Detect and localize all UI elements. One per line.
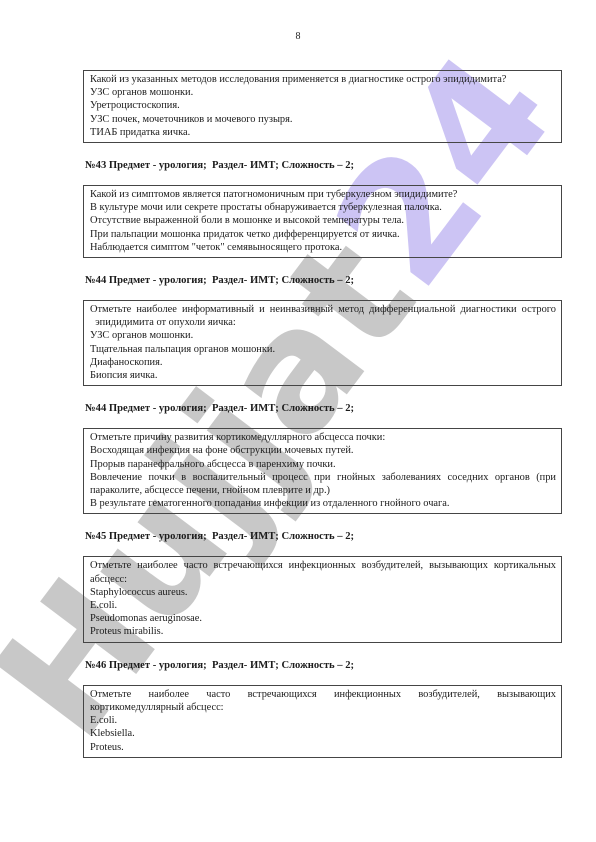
answer-option: УЗС органов мошонки. xyxy=(90,329,556,342)
answer-option: Тщательная пальпация органов мошонки. xyxy=(90,343,556,356)
answer-option: В результате гематогенного попадания инф… xyxy=(90,497,556,510)
question-box: Отметьте наиболее часто встречающихся ин… xyxy=(83,685,562,758)
question-block-44a: №44 Предмет - урология; Раздел- ИМТ; Сло… xyxy=(83,274,562,386)
question-block-45: №45 Предмет - урология; Раздел- ИМТ; Сло… xyxy=(83,530,562,642)
question-block-42: Какой из указанных методов исследования … xyxy=(83,70,562,143)
question-text: Отметьте причину развития кортикомедулля… xyxy=(90,431,556,444)
answer-option: Staphylococcus aureus. xyxy=(90,586,556,599)
document-page: 8 Hujjat24 Какой из указанных методов ис… xyxy=(0,0,596,842)
question-header: №46 Предмет - урология; Раздел- ИМТ; Сло… xyxy=(85,659,560,672)
question-box: Какой из симптомов является патогномонич… xyxy=(83,185,562,258)
question-box: Какой из указанных методов исследования … xyxy=(83,70,562,143)
answer-option: Pseudomonas aeruginosae. xyxy=(90,612,556,625)
question-header: №45 Предмет - урология; Раздел- ИМТ; Сло… xyxy=(85,530,560,543)
question-box: Отметьте наиболее информативный и неинва… xyxy=(83,300,562,386)
answer-option: Уретроцистоскопия. xyxy=(90,99,556,112)
answer-option: Proteus mirabilis. xyxy=(90,625,556,638)
answer-option: ТИАБ придатка яичка. xyxy=(90,126,556,139)
question-text: Какой из симптомов является патогномонич… xyxy=(90,188,556,201)
question-header: №44 Предмет - урология; Раздел- ИМТ; Сло… xyxy=(85,274,560,287)
answer-option: Восходящая инфекция на фоне обструкции м… xyxy=(90,444,556,457)
question-header: №44 Предмет - урология; Раздел- ИМТ; Сло… xyxy=(85,402,560,415)
answer-option: Отсутствие выраженной боли в мошонке и в… xyxy=(90,214,556,227)
answer-option: E.coli. xyxy=(90,599,556,612)
answer-option: В культуре мочи или секрете простаты обн… xyxy=(90,201,556,214)
answer-option: Диафаноскопия. xyxy=(90,356,556,369)
question-text: Какой из указанных методов исследования … xyxy=(90,73,556,86)
answer-option: Proteus. xyxy=(90,741,556,754)
page-number: 8 xyxy=(0,31,596,42)
answer-option: Биопсия яичка. xyxy=(90,369,556,382)
answer-option: Klebsiella. xyxy=(90,727,556,740)
question-box: Отметьте причину развития кортикомедулля… xyxy=(83,428,562,514)
question-header: №43 Предмет - урология; Раздел- ИМТ; Сло… xyxy=(85,159,560,172)
answer-option: УЗС почек, мочеточников и мочевого пузыр… xyxy=(90,113,556,126)
answer-option: УЗС органов мошонки. xyxy=(90,86,556,99)
question-text: Отметьте наиболее часто встречающихся ин… xyxy=(90,688,556,714)
question-block-46: №46 Предмет - урология; Раздел- ИМТ; Сло… xyxy=(83,659,562,758)
answer-option: Прорыв паранефрального абсцесса в паренх… xyxy=(90,458,556,471)
question-block-43: №43 Предмет - урология; Раздел- ИМТ; Сло… xyxy=(83,159,562,258)
answer-option: При пальпации мошонка придаток четко диф… xyxy=(90,228,556,241)
answer-option: Вовлечение почки в воспалительный процес… xyxy=(90,471,556,497)
answer-option: E.coli. xyxy=(90,714,556,727)
question-box: Отметьте наиболее часто встречающихся ин… xyxy=(83,556,562,642)
page-content: Какой из указанных методов исследования … xyxy=(83,70,562,758)
question-block-44b: №44 Предмет - урология; Раздел- ИМТ; Сло… xyxy=(83,402,562,514)
question-text: Отметьте наиболее информативный и неинва… xyxy=(90,303,556,329)
question-text: Отметьте наиболее часто встречающихся ин… xyxy=(90,559,556,585)
answer-option: Наблюдается симптом "четок" семявыносяще… xyxy=(90,241,556,254)
